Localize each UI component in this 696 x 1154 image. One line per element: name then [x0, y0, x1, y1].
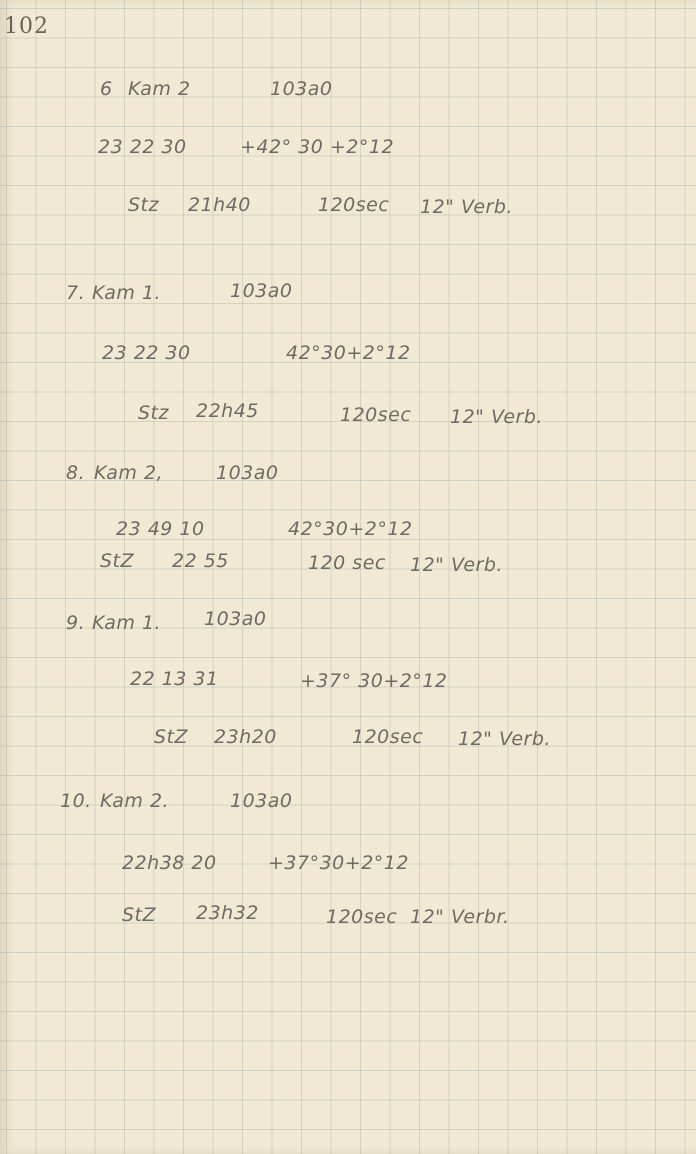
entry-number: 6: [100, 78, 113, 100]
entry-stz-label: Stz: [128, 194, 159, 216]
entry-stz-label: Stz: [138, 402, 169, 424]
entry-plate: 103a0: [230, 790, 293, 812]
entry-dec: +37°30+2°12: [268, 852, 409, 874]
entry-ra: 22h38 20: [122, 852, 217, 874]
entry-ra: 22 13 31: [130, 668, 219, 690]
entry-dec: 42°30+2°12: [286, 342, 411, 364]
entry-camera: Kam 1.: [92, 282, 161, 304]
entry-stz: 22h45: [196, 400, 259, 422]
entry-stz: 23h32: [196, 902, 259, 924]
entry-camera: Kam 2: [128, 78, 191, 100]
entry-aperture: 12" Verb.: [458, 728, 551, 750]
entry-camera: Kam 2.: [100, 790, 169, 812]
entry-stz: 22 55: [172, 550, 229, 572]
entry-number: 7.: [66, 282, 85, 304]
entry-aperture: 12" Verb.: [420, 196, 513, 218]
entry-duration: 120 sec: [308, 552, 386, 574]
entry-dec: 42°30+2°12: [288, 518, 413, 540]
entry-aperture: 12" Verb.: [450, 406, 543, 428]
entry-stz-label: StZ: [122, 904, 156, 926]
entry-plate: 103a0: [230, 280, 293, 302]
entry-ra: 23 49 10: [116, 518, 205, 540]
entry-duration: 120sec: [340, 404, 411, 426]
entry-stz-label: StZ: [154, 726, 188, 748]
entry-number: 8.: [66, 462, 85, 484]
entry-aperture: 12" Verb.: [410, 554, 503, 576]
entry-plate: 103a0: [216, 462, 279, 484]
entry-stz: 23h20: [214, 726, 277, 748]
entry-duration: 120sec: [318, 194, 389, 216]
entry-camera: Kam 2,: [94, 462, 163, 484]
entry-duration: 120sec: [326, 906, 397, 928]
page-number: 102: [4, 14, 49, 39]
entry-number: 9.: [66, 612, 85, 634]
entry-ra: 23 22 30: [102, 342, 191, 364]
entry-stz: 21h40: [188, 194, 251, 216]
notebook-page: 102 6 Kam 2 103a0 23 22 30 +42° 30 +2°12…: [0, 0, 696, 1154]
entry-camera: Kam 1.: [92, 612, 161, 634]
entry-plate: 103a0: [204, 608, 267, 630]
entry-ra: 23 22 30: [98, 136, 187, 158]
entry-aperture: 12" Verbr.: [410, 906, 510, 928]
entry-duration: 120sec: [352, 726, 423, 748]
entry-stz-label: StZ: [100, 550, 134, 572]
entry-dec: +37° 30+2°12: [300, 670, 448, 692]
entry-plate: 103a0: [270, 78, 333, 100]
entry-number: 10.: [60, 790, 92, 812]
entry-dec: +42° 30 +2°12: [240, 136, 394, 158]
